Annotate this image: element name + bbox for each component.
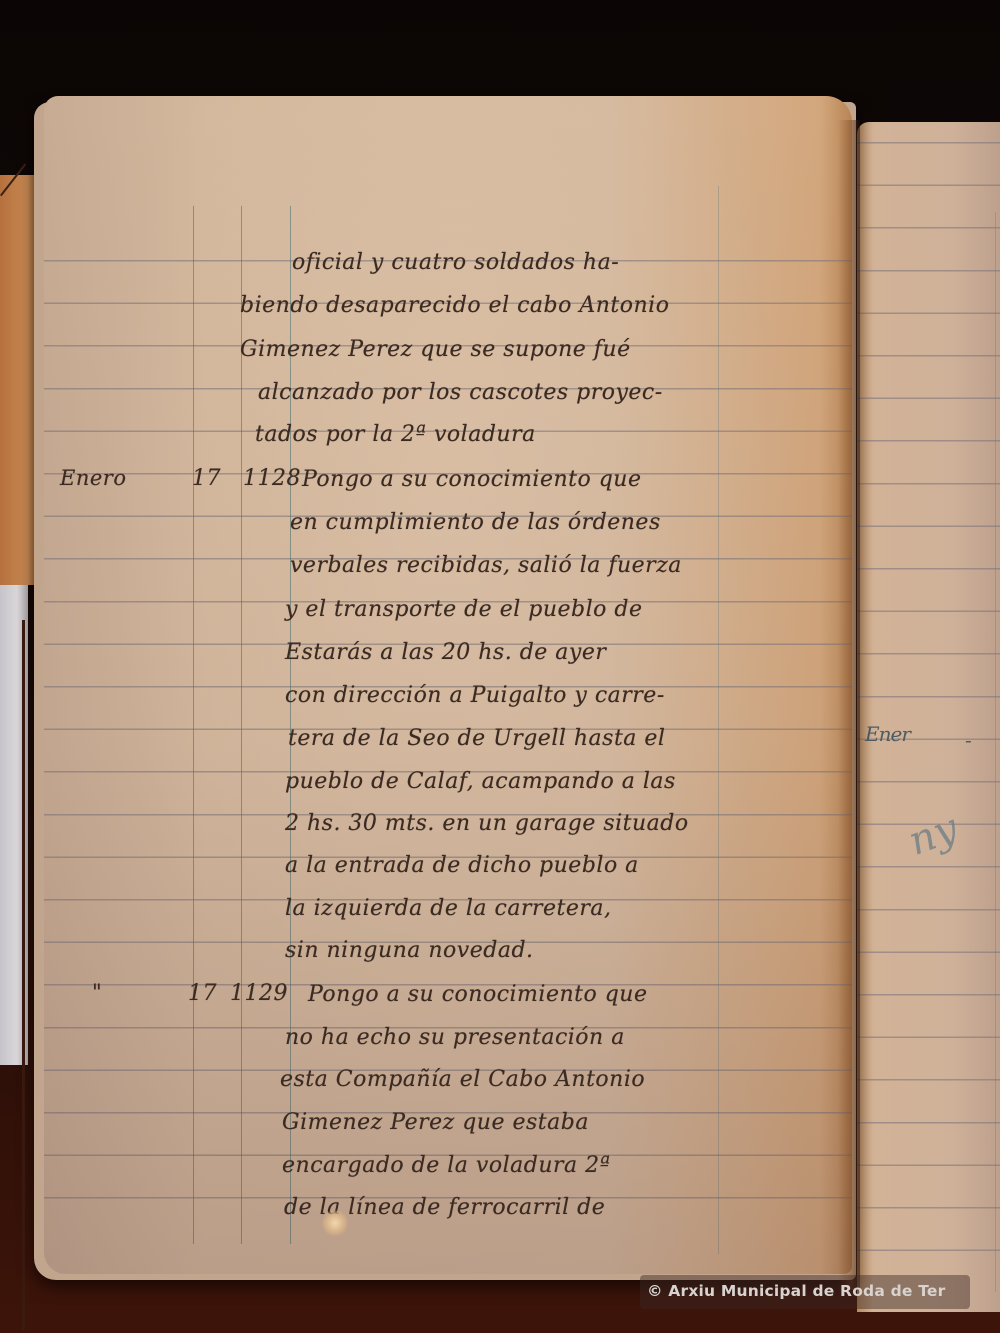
column-rule-month bbox=[193, 206, 194, 1244]
handwritten-line: en cumplimiento de las órdenes bbox=[290, 510, 661, 535]
handwritten-line: Pongo a su conocimiento que bbox=[302, 467, 641, 492]
handwritten-line: pueblo de Calaf, acampando a las bbox=[285, 769, 676, 794]
handwritten-line: esta Compañía el Cabo Antonio bbox=[280, 1067, 645, 1092]
handwritten-line: con dirección a Puigalto y carre- bbox=[285, 683, 665, 708]
entry-month: Enero bbox=[60, 466, 126, 490]
entry-number: 1129 bbox=[230, 981, 288, 1006]
entry-month-ditto: " bbox=[92, 980, 102, 1004]
right-page-month-fragment: Ener bbox=[865, 722, 910, 746]
handwritten-line: no ha echo su presentación a bbox=[285, 1025, 625, 1050]
entry-day: 17 bbox=[188, 981, 217, 1006]
entry-day: 17 bbox=[192, 466, 221, 491]
handwritten-line: tera de la Seo de Urgell hasta el bbox=[288, 726, 665, 751]
right-page-dash-fragment: - bbox=[965, 728, 971, 752]
handwritten-line: alcanzado por los cascotes proyec- bbox=[258, 380, 663, 405]
handwritten-line: a la entrada de dicho pueblo a bbox=[285, 853, 639, 878]
handwritten-line: Pongo a su conocimiento que bbox=[308, 982, 647, 1007]
handwritten-line: verbales recibidas, salió la fuerza bbox=[290, 553, 682, 578]
handwritten-line: tados por la 2ª voladura bbox=[255, 422, 536, 447]
background-box-edge bbox=[22, 620, 25, 1330]
handwritten-line: y el transporte de el pueblo de bbox=[285, 597, 642, 622]
handwritten-line: sin ninguna novedad. bbox=[285, 938, 534, 963]
handwritten-line: encargado de la voladura 2ª bbox=[282, 1153, 611, 1178]
paper-stain bbox=[322, 1210, 348, 1236]
handwritten-line: Gimenez Perez que se supone fué bbox=[240, 337, 631, 362]
right-page-margin-rule bbox=[995, 212, 996, 1292]
right-margin-rule bbox=[718, 186, 719, 1254]
handwritten-line: biendo desaparecido el cabo Antonio bbox=[240, 293, 669, 318]
handwritten-line: Estarás a las 20 hs. de ayer bbox=[285, 640, 606, 665]
copyright-watermark: © Arxiu Municipal de Roda de Ter bbox=[647, 1282, 945, 1300]
handwritten-line: la izquierda de la carretera, bbox=[285, 896, 612, 921]
right-page: Ener - ny bbox=[857, 122, 1000, 1312]
handwritten-line: 2 hs. 30 mts. en un garage situado bbox=[285, 811, 689, 836]
handwritten-line: Gimenez Perez que estaba bbox=[282, 1110, 589, 1135]
photo-scene: Ener - ny oficial y cuatro soldados ha- … bbox=[0, 0, 1000, 1333]
book-gutter bbox=[838, 120, 860, 1290]
right-page-ruled-lines bbox=[857, 142, 1000, 1272]
handwritten-line: oficial y cuatro soldados ha- bbox=[292, 250, 619, 275]
entry-number: 1128 bbox=[243, 466, 301, 491]
